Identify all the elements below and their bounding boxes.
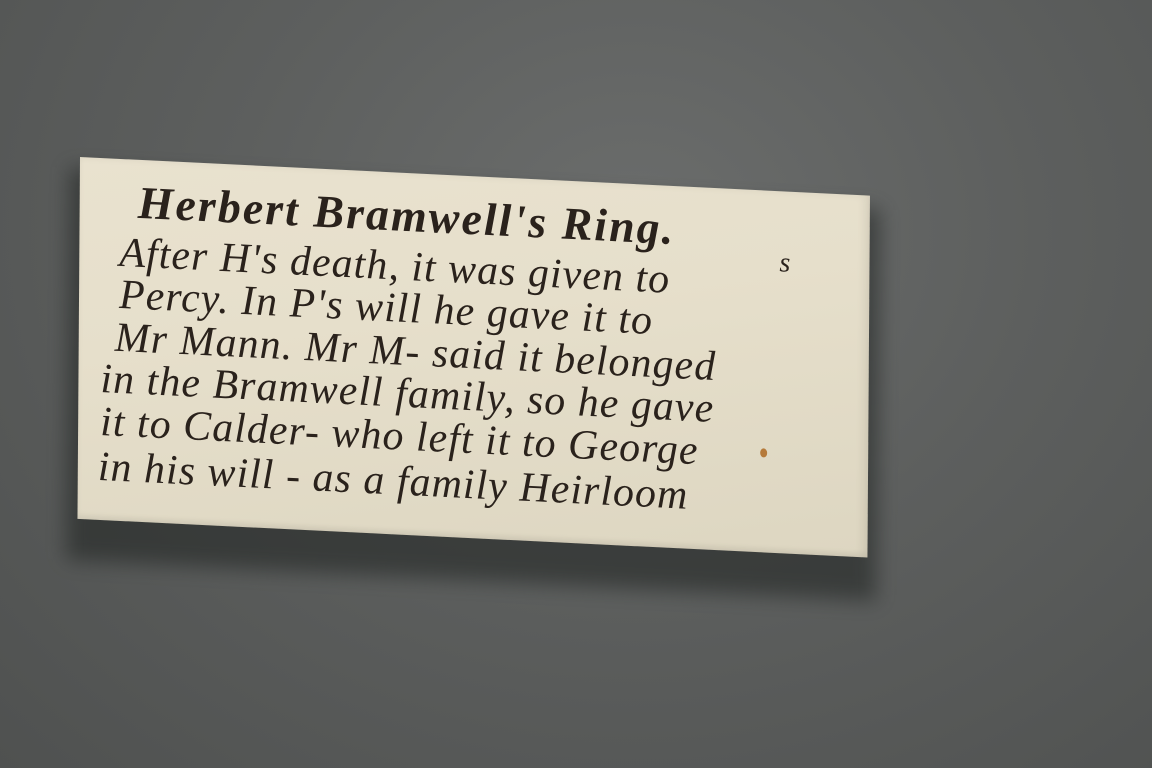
ink-stain <box>760 448 767 457</box>
insertion-mark: s <box>779 247 790 280</box>
handwritten-note-card: Herbert Bramwell's Ring. s After H's dea… <box>77 157 870 558</box>
